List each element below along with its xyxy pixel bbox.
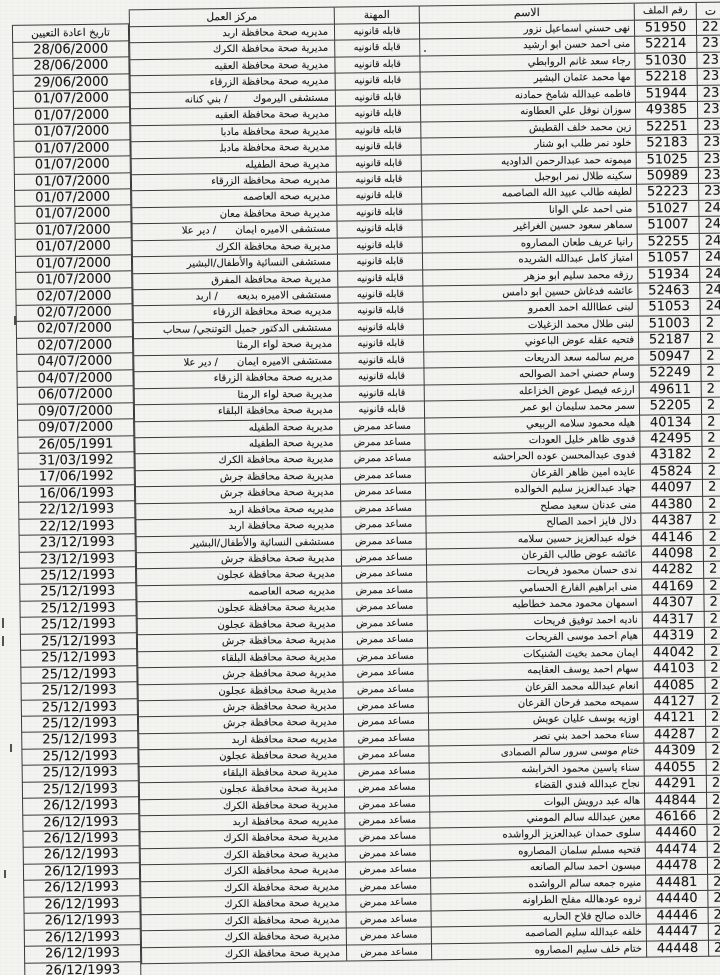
file-number-cell: 51057 (637, 250, 699, 267)
profession-cell: مساعد ممرض (340, 517, 425, 535)
date-cell: 23/12/1993 (19, 534, 136, 552)
file-number-cell: 40134 (639, 414, 701, 431)
profession-cell: مساعد ممرض (346, 928, 431, 946)
date-cell: 17/06/1992 (18, 469, 135, 487)
date-cell: 26/12/1993 (23, 863, 140, 881)
file-number-cell: 52205 (639, 398, 701, 415)
date-cell: 04/07/2000 (16, 354, 133, 372)
profession-cell: قابله قانونيه (336, 204, 421, 222)
seq-cell: 2 (700, 364, 720, 381)
date-cell: 26/12/1993 (22, 830, 139, 848)
date-cell: 26/05/1991 (17, 436, 134, 454)
profession-cell: قابله قانونيه (336, 155, 421, 173)
date-cell: 25/12/1993 (20, 633, 137, 651)
date-cell: 02/07/2000 (15, 288, 132, 306)
date-cell: 25/12/1993 (21, 748, 138, 766)
seq-cell: 2 (702, 479, 720, 496)
seq-cell: 2 (703, 562, 720, 579)
seq-cell: 2 (702, 496, 720, 513)
table-body: مديريه صحة محافظة اربد قابله قانونيه نهى… (129, 19, 720, 964)
scan-artifact-mark (2, 636, 4, 646)
date-cell: 22/12/1993 (18, 502, 135, 520)
profession-cell: مساعد ممرض (342, 615, 427, 633)
reappointment-table: مركز العمل المهنة الاسم رقم الملف ت مدير… (129, 1, 720, 964)
file-number-cell: 46166 (644, 809, 706, 826)
profession-cell: مساعد ممرض (344, 796, 429, 814)
date-col-body: 28/06/2000 28/06/2000 29/06/2000 01/07/2… (12, 41, 141, 975)
scanned-sheet: مركز العمل المهنة الاسم رقم الملف ت مدير… (12, 1, 720, 975)
profession-cell: قابله قانونيه (339, 402, 424, 420)
scan-speck (220, 150, 222, 152)
seq-cell: 2 (706, 759, 720, 776)
date-cell: 28/06/2000 (12, 41, 129, 59)
date-cell: 01/07/2000 (15, 271, 132, 289)
profession-cell: مساعد ممرض (339, 434, 424, 452)
profession-cell: مساعد ممرض (343, 747, 428, 765)
date-cell: 01/07/2000 (13, 140, 130, 158)
seq-cell: 2 (703, 529, 720, 546)
seq-cell: 2 (707, 874, 720, 891)
date-cell: 09/07/2000 (17, 419, 134, 437)
date-cell: 25/12/1993 (22, 764, 139, 782)
date-cell: 01/07/2000 (13, 123, 130, 141)
profession-cell: مساعد ممرض (340, 484, 425, 502)
profession-cell: مساعد ممرض (343, 714, 428, 732)
profession-cell: مساعد ممرض (344, 780, 429, 798)
date-cell: 01/07/2000 (14, 156, 131, 174)
seq-cell: 2 (704, 644, 720, 661)
date-cell: 25/12/1993 (19, 600, 136, 618)
date-cell: 16/06/1993 (18, 485, 135, 503)
profession-cell: قابله قانونيه (334, 24, 419, 42)
file-number-cell: 52223 (636, 184, 698, 201)
profession-cell: مساعد ممرض (342, 648, 427, 666)
header-reappointment-date: تاريخ اعادة التعيين (12, 24, 129, 43)
file-number-cell: 44098 (641, 546, 703, 563)
file-number-cell: 44446 (646, 907, 708, 924)
file-number-cell: 44474 (645, 842, 707, 859)
profession-cell: قابله قانونيه (337, 286, 422, 304)
scan-artifact-mark (14, 316, 16, 325)
seq-cell: 24 (699, 233, 720, 250)
profession-cell: قابله قانونيه (336, 188, 421, 206)
file-number-cell: 52183 (635, 135, 697, 152)
profession-cell: مساعد ممرض (341, 549, 426, 567)
profession-cell: مساعد ممرض (343, 697, 428, 715)
profession-cell: مساعد ممرض (341, 566, 426, 584)
profession-cell: مساعد ممرض (345, 845, 430, 863)
profession-cell: مساعد ممرض (343, 730, 428, 748)
date-cell: 28/06/2000 (12, 58, 129, 76)
scanned-document-page: { "colors": { "paper": "#f3f3f0", "ink":… (0, 0, 720, 975)
file-number-cell: 44169 (641, 579, 703, 596)
profession-cell: قابله قانونيه (335, 106, 420, 124)
profession-cell: قابله قانونيه (337, 254, 422, 272)
seq-cell: 2 (706, 775, 720, 792)
file-number-cell: 44287 (643, 727, 705, 744)
file-number-cell: 51053 (638, 299, 700, 316)
date-cell: 01/07/2000 (13, 91, 130, 109)
profession-cell: قابله قانونيه (337, 221, 422, 239)
seq-cell: 2 (708, 907, 720, 924)
profession-cell: مساعد ممرض (344, 812, 429, 830)
seq-cell: 23 (696, 36, 720, 53)
profession-cell: قابله قانونيه (335, 139, 420, 157)
profession-cell: مساعد ممرض (346, 911, 431, 929)
date-cell: 26/12/1993 (23, 847, 140, 865)
seq-cell: 23 (698, 167, 720, 184)
seq-cell: 2 (705, 710, 720, 727)
seq-cell: 2 (704, 660, 720, 677)
date-cell: 01/07/2000 (15, 239, 132, 257)
file-number-cell: 51950 (634, 20, 696, 37)
file-number-cell: 52249 (638, 365, 700, 382)
date-cell: 26/12/1993 (22, 814, 139, 832)
date-cell: 23/12/1993 (19, 551, 136, 569)
seq-cell: 2 (703, 578, 720, 595)
date-cell: 02/07/2000 (16, 321, 133, 339)
seq-cell: 23 (698, 151, 720, 168)
seq-cell: 23 (696, 52, 720, 69)
seq-cell: 24 (698, 216, 720, 233)
file-number-cell: 44309 (643, 743, 705, 760)
profession-cell: مساعد ممرض (343, 681, 428, 699)
seq-cell: 2 (708, 923, 720, 940)
file-number-cell: 50989 (636, 168, 698, 185)
date-cell: 25/12/1993 (21, 682, 138, 700)
seq-cell: 22 (696, 19, 720, 36)
seq-cell: 2 (707, 890, 720, 907)
date-cell: 25/12/1993 (20, 617, 137, 635)
date-cell: 26/12/1993 (24, 962, 141, 975)
profession-cell: قابله قانونيه (334, 56, 419, 74)
date-cell: 26/12/1993 (22, 797, 139, 815)
date-cell: 01/07/2000 (15, 255, 132, 273)
date-cell: 01/07/2000 (14, 206, 131, 224)
date-cell: 25/12/1993 (20, 666, 137, 684)
file-number-cell: 44055 (644, 760, 706, 777)
seq-cell: 2 (705, 677, 720, 694)
seq-cell: 24 (698, 200, 720, 217)
seq-cell: 2 (704, 627, 720, 644)
seq-cell: 23 (697, 85, 720, 102)
seq-cell: 2 (705, 726, 720, 743)
date-cell: 09/07/2000 (17, 403, 134, 421)
profession-cell: مساعد ممرض (346, 944, 431, 962)
seq-cell: 2 (700, 348, 720, 365)
profession-cell: قابله قانونيه (338, 319, 423, 337)
profession-cell: قابله قانونيه (338, 303, 423, 321)
profession-cell: قابله قانونيه (338, 336, 423, 354)
file-number-cell: 52218 (635, 69, 697, 86)
profession-cell: مساعد ممرض (342, 665, 427, 683)
seq-cell: 24 (700, 299, 720, 316)
file-number-cell: 44447 (646, 924, 708, 941)
scan-artifact-mark (4, 870, 6, 878)
file-number-cell: 44282 (641, 562, 703, 579)
seq-cell: 2 (708, 940, 720, 957)
file-number-cell: 52255 (637, 234, 699, 251)
file-number-cell: 43182 (639, 447, 701, 464)
file-number-cell: 51003 (638, 316, 700, 333)
file-number-cell: 51934 (637, 266, 699, 283)
file-number-cell: 44085 (643, 677, 705, 694)
seq-cell: 2 (706, 825, 720, 842)
header-file-number: رقم الملف (634, 3, 696, 21)
date-cell: 26/12/1993 (23, 880, 140, 898)
date-cell: 25/12/1993 (21, 699, 138, 717)
profession-cell: قابله قانونيه (339, 385, 424, 403)
file-number-cell: 50947 (638, 349, 700, 366)
profession-cell: مساعد ممرض (340, 467, 425, 485)
profession-cell: مساعد ممرض (340, 500, 425, 518)
date-cell: 22/12/1993 (18, 518, 135, 536)
profession-cell: قابله قانونيه (334, 40, 419, 58)
date-cell: 31/03/1992 (18, 452, 135, 470)
file-number-cell: 44481 (645, 875, 707, 892)
file-number-cell: 44097 (640, 480, 702, 497)
profession-cell: قابله قانونيه (335, 89, 420, 107)
seq-cell: 2 (706, 792, 720, 809)
file-number-cell: 49385 (635, 102, 697, 119)
scan-artifact-mark (10, 744, 12, 752)
profession-cell: قابله قانونيه (338, 352, 423, 370)
file-number-cell: 52463 (637, 283, 699, 300)
profession-cell: مساعد ممرض (341, 582, 426, 600)
seq-cell: 2 (701, 430, 720, 447)
file-number-cell: 44440 (645, 891, 707, 908)
file-number-cell: 44319 (642, 628, 704, 645)
profession-cell: قابله قانونيه (336, 171, 421, 189)
scan-speck (233, 369, 235, 371)
header-seq: ت (696, 2, 720, 20)
date-cell: 26/12/1993 (24, 945, 141, 963)
seq-cell: 24 (699, 266, 720, 283)
file-number-cell: 44103 (642, 661, 704, 678)
scan-speck (424, 50, 426, 52)
file-number-cell: 51025 (636, 151, 698, 168)
file-number-cell: 51007 (636, 217, 698, 234)
profession-cell: قابله قانونيه (335, 122, 420, 140)
seq-cell: 2 (701, 397, 720, 414)
date-cell: 25/12/1993 (22, 781, 139, 799)
date-cell: 25/12/1993 (21, 715, 138, 733)
seq-cell: 23 (697, 118, 720, 135)
seq-cell: 2 (703, 545, 720, 562)
scan-artifact-mark (2, 618, 4, 628)
seq-cell: 23 (697, 69, 720, 86)
profession-cell: مساعد ممرض (340, 451, 425, 469)
date-cell: 25/12/1993 (20, 649, 137, 667)
date-cell: 01/07/2000 (14, 189, 131, 207)
date-cell: 26/12/1993 (24, 929, 141, 947)
file-number-cell: 44127 (643, 694, 705, 711)
date-cell: 25/12/1993 (19, 567, 136, 585)
seq-cell: 2 (706, 808, 720, 825)
date-cell: 25/12/1993 (19, 584, 136, 602)
name-cell: ختام خلف سليم المصاروه (431, 941, 646, 960)
profession-cell: مساعد ممرض (339, 418, 424, 436)
file-number-cell: 44460 (644, 825, 706, 842)
date-cell: 01/07/2000 (13, 107, 130, 125)
file-number-cell: 44387 (640, 513, 702, 530)
date-cell: 29/06/2000 (13, 74, 130, 92)
file-number-cell: 51027 (636, 201, 698, 218)
seq-cell: 2 (700, 332, 720, 349)
file-number-cell: 52251 (635, 119, 697, 136)
file-number-cell: 52214 (634, 36, 696, 53)
date-cell: 06/07/2000 (17, 386, 134, 404)
file-number-cell: 44844 (644, 792, 706, 809)
seq-cell: 2 (702, 512, 720, 529)
seq-cell: 24 (699, 249, 720, 266)
file-number-cell: 44307 (641, 595, 703, 612)
seq-cell: 24 (699, 282, 720, 299)
file-number-cell: 44478 (645, 858, 707, 875)
profession-cell: قابله قانونيه (335, 73, 420, 91)
seq-cell: 2 (705, 693, 720, 710)
file-number-cell: 44317 (642, 612, 704, 629)
seq-cell: 2 (704, 611, 720, 628)
profession-cell: مساعد ممرض (341, 599, 426, 617)
profession-cell: قابله قانونيه (338, 369, 423, 387)
profession-cell: مساعد ممرض (345, 862, 430, 880)
file-number-cell: 44042 (642, 644, 704, 661)
seq-cell: 2 (705, 742, 720, 759)
file-number-cell: 51030 (634, 53, 696, 70)
profession-cell: مساعد ممرض (345, 895, 430, 913)
profession-cell: مساعد ممرض (341, 533, 426, 551)
profession-cell: قابله قانونيه (337, 270, 422, 288)
file-number-cell: 44448 (646, 940, 708, 957)
profession-cell: مساعد ممرض (344, 763, 429, 781)
profession-cell: مساعد ممرض (345, 878, 430, 896)
file-number-cell: 44380 (640, 497, 702, 514)
seq-cell: 2 (700, 315, 720, 332)
seq-cell: 2 (701, 381, 720, 398)
header-profession: المهنة (334, 7, 419, 25)
seq-cell: 23 (698, 184, 720, 201)
date-cell: 02/07/2000 (16, 337, 133, 355)
seq-cell: 23 (697, 101, 720, 118)
profession-cell: مساعد ممرض (342, 632, 427, 650)
seq-cell: 2 (701, 414, 720, 431)
seq-cell: 23 (697, 134, 720, 151)
seq-cell: 2 (707, 857, 720, 874)
file-number-cell: 42495 (639, 431, 701, 448)
date-cell: 01/07/2000 (15, 222, 132, 240)
file-number-cell: 51944 (635, 86, 697, 103)
date-cell: 01/07/2000 (14, 173, 131, 191)
seq-cell: 2 (707, 841, 720, 858)
profession-cell: قابله قانونيه (337, 237, 422, 255)
date-cell: 02/07/2000 (16, 304, 133, 322)
seq-cell: 2 (701, 447, 720, 464)
file-number-cell: 44121 (643, 710, 705, 727)
file-number-cell: 52187 (638, 332, 700, 349)
seq-cell: 2 (703, 594, 720, 611)
file-number-cell: 49611 (639, 381, 701, 398)
file-number-cell: 44146 (641, 529, 703, 546)
seq-cell: 2 (702, 463, 720, 480)
profession-cell: مساعد ممرض (344, 829, 429, 847)
file-number-cell: 45824 (640, 464, 702, 481)
date-cell: 26/12/1993 (24, 912, 141, 930)
work-center-cell: مديرية صحة محافظة الكرك (141, 945, 346, 964)
date-cell: 26/12/1993 (23, 896, 140, 914)
date-cell: 25/12/1993 (21, 732, 138, 750)
date-column: تاريخ اعادة التعيين 28/06/2000 28/06/200… (12, 23, 141, 975)
file-number-cell: 44291 (644, 776, 706, 793)
date-cell: 04/07/2000 (16, 370, 133, 388)
